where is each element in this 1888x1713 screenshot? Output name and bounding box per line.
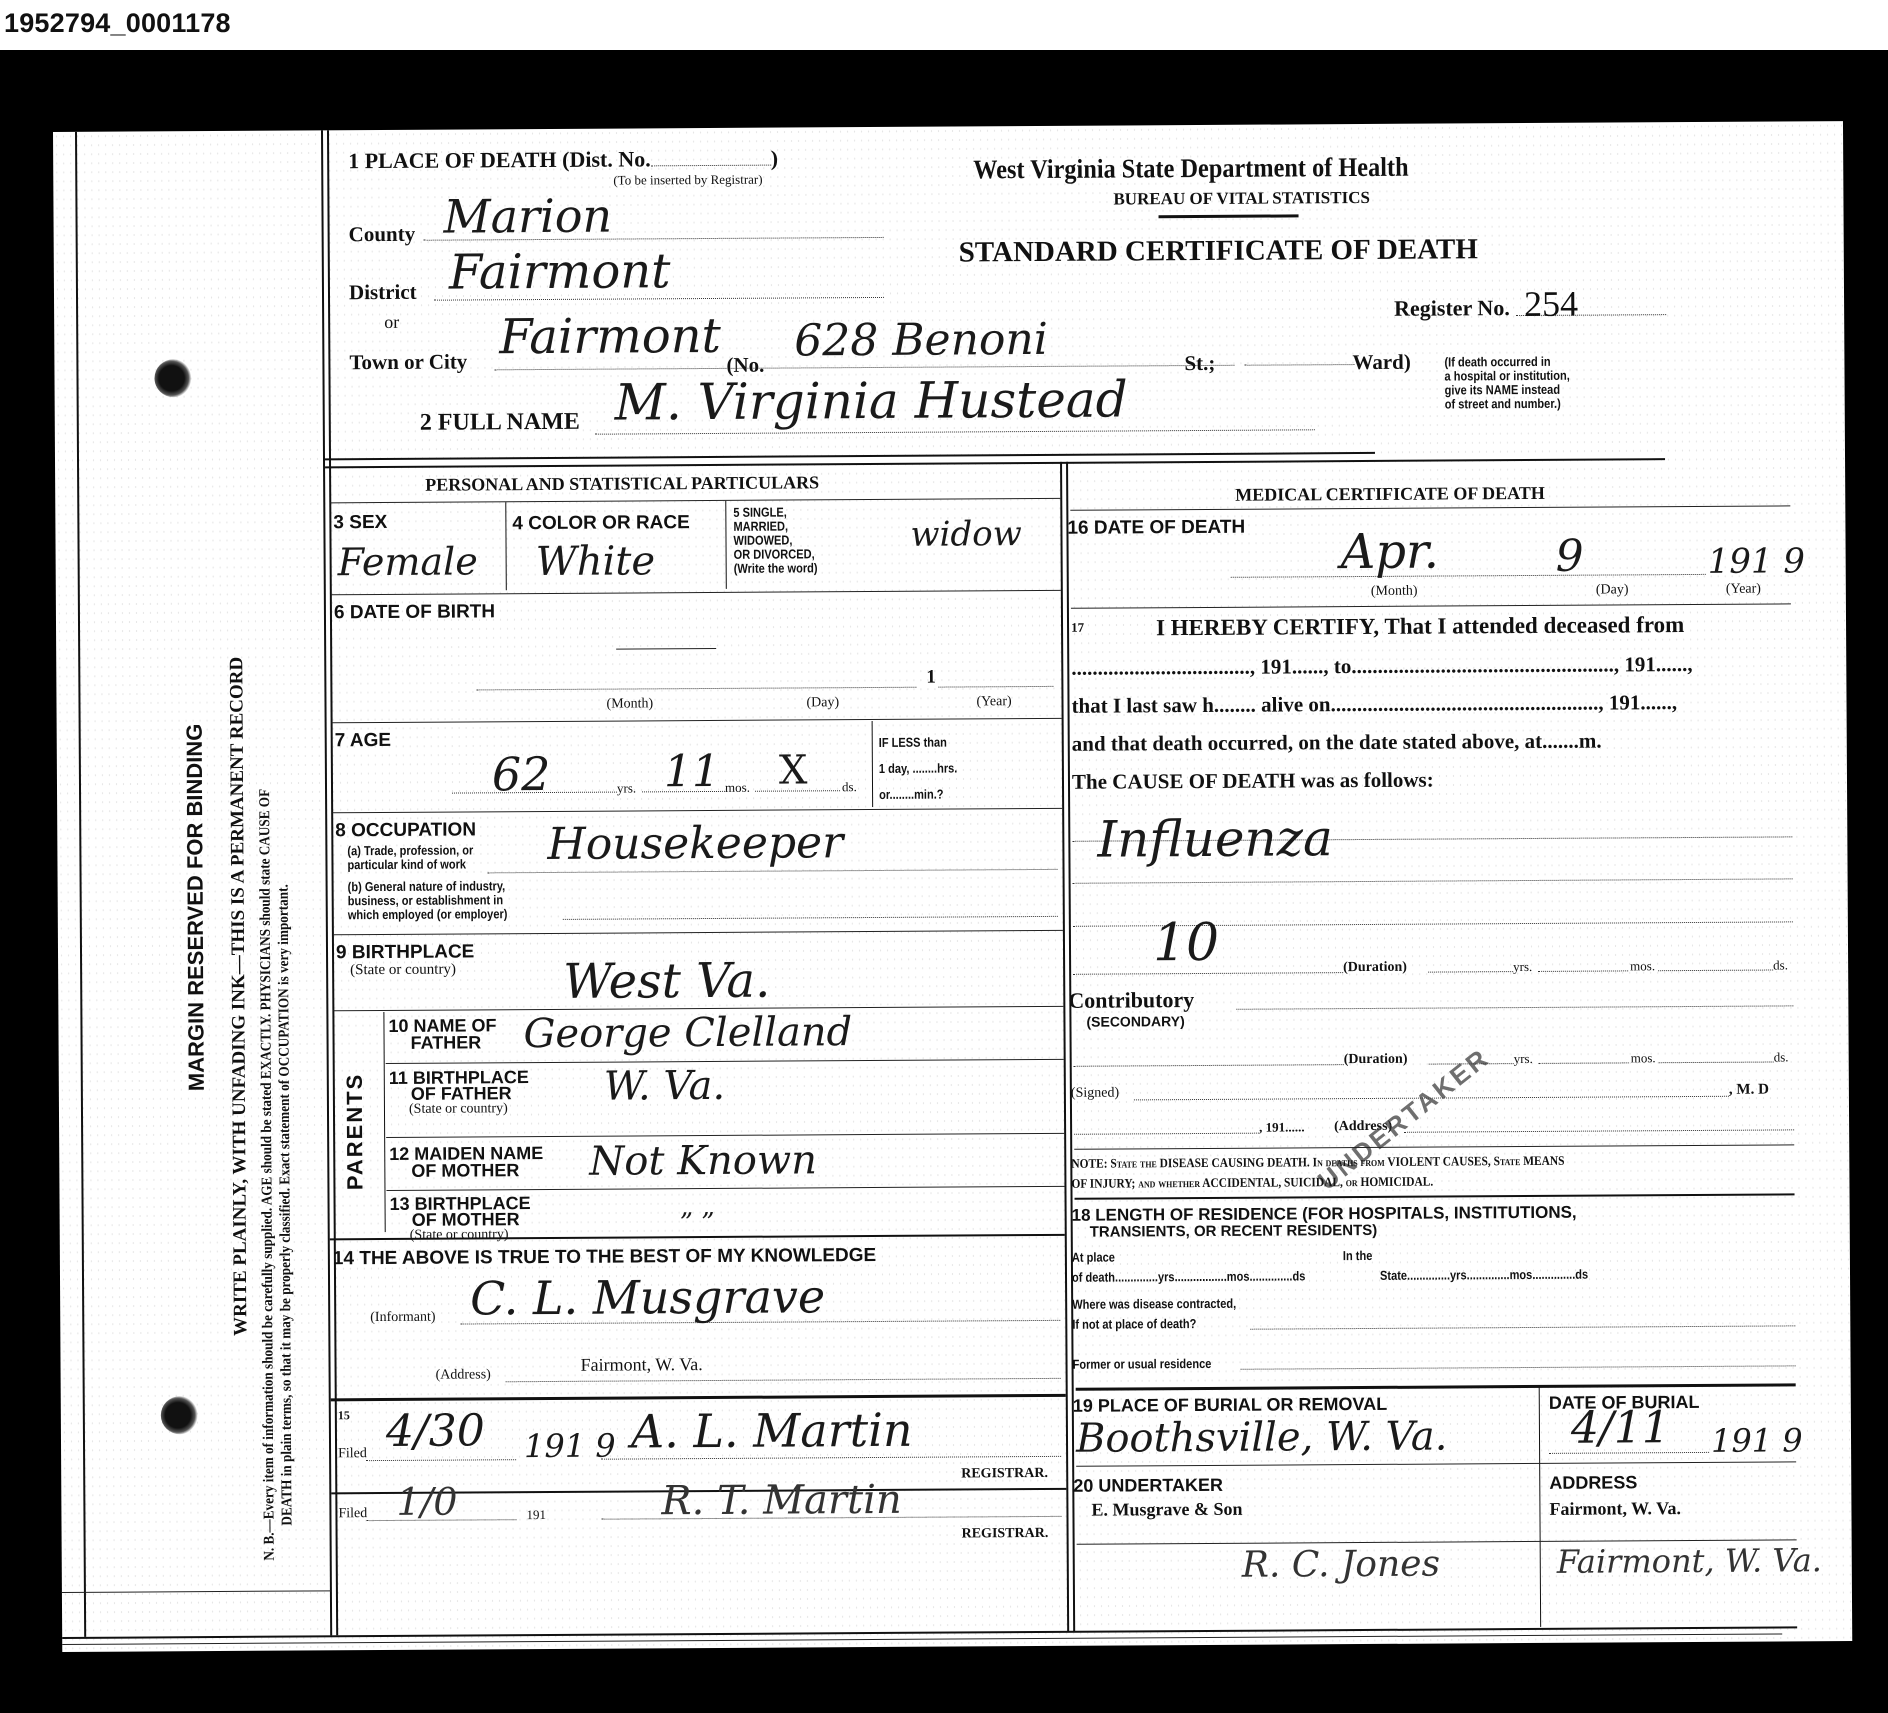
or-label: or [384, 312, 399, 333]
row-rule [331, 1394, 1066, 1401]
dob-label: 6 DATE OF BIRTH [334, 601, 495, 624]
signed-year: , 191...... [1259, 1119, 1305, 1135]
signed-address-field [1404, 1129, 1794, 1132]
death-certificate: MARGIN RESERVED FOR BINDING WRITE PLAINL… [53, 121, 1852, 1652]
full-name-value: M. Virginia Hustead [614, 370, 1127, 431]
duration-value: 10 [1153, 913, 1220, 973]
ward-label: Ward) [1352, 350, 1410, 375]
dod-label: 16 DATE OF DEATH [1067, 517, 1245, 540]
dod-year-caption: (Year) [1726, 582, 1761, 598]
row-rule [1071, 603, 1791, 608]
image-id: 1952794_0001178 [4, 8, 231, 39]
mother-value: Not Known [589, 1137, 817, 1184]
duration-label: (Duration) [1343, 960, 1407, 976]
margin-nb-line2: DEATH in plain terms, so that it may be … [276, 884, 297, 1525]
parents-label: PARENTS [342, 1073, 369, 1191]
filed-year-2: 191 [526, 1507, 546, 1523]
birthplace-value: West Va. [563, 953, 770, 1010]
dob-day-caption: (Day) [806, 695, 839, 711]
contrib-duration-field [1074, 1064, 1344, 1067]
signed-date-field [1074, 1133, 1259, 1135]
dod-year: 191 9 [1708, 541, 1806, 582]
md-label: , M. D [1729, 1082, 1769, 1099]
informant-address-label: (Address) [436, 1367, 491, 1383]
duration-ds: ds. [1773, 957, 1788, 973]
filed-date-field [366, 1459, 516, 1461]
row-rule [1076, 1461, 1796, 1466]
former-residence-field [1241, 1365, 1796, 1369]
in-the-label: In the [1343, 1249, 1373, 1263]
cause-value: Influenza [1097, 809, 1333, 868]
margin-binding-text: MARGIN RESERVED FOR BINDING [182, 724, 210, 1092]
parents-divider [383, 1012, 385, 1232]
undertaker-address-label: ADDRESS [1549, 1472, 1637, 1494]
former-residence-label: Former or usual residence [1073, 1357, 1212, 1372]
dob-year-prefix: 1 [926, 667, 936, 689]
dod-day: 9 [1555, 531, 1583, 582]
occupation-b-field [563, 916, 1058, 920]
dod-field [1231, 574, 1706, 578]
county-value: Marion [443, 189, 612, 244]
row-rule [1076, 1383, 1796, 1390]
row-rule [332, 718, 1062, 723]
margin-ink-notice: WRITE PLAINLY, WITH UNFADING INK—THIS IS… [226, 657, 252, 1336]
note-line1: NOTE: State the DISEASE CAUSING DEATH. I… [1071, 1153, 1564, 1172]
contributory-label: Contributory [1068, 987, 1194, 1014]
undertaker-2-value: R. C. Jones [1242, 1544, 1440, 1586]
occupation-a-label: (a) Trade, profession, or particular kin… [347, 843, 473, 872]
dob-year-field [938, 686, 1053, 688]
filed-number: 15 [338, 1408, 350, 1423]
contrib-mos: mos. [1631, 1050, 1656, 1066]
town-value: Fairmont [499, 308, 721, 365]
row-rule [333, 930, 1063, 935]
registrar-signature-2: R. T. Martin [661, 1477, 902, 1524]
town-label: Town or City [349, 349, 467, 375]
street-value: 628 Benoni [794, 314, 1048, 367]
district-label: District [349, 280, 417, 305]
medical-section-title: MEDICAL CERTIFICATE OF DEATH [1235, 483, 1545, 506]
ward-field [1244, 364, 1354, 366]
row-rule [1074, 1144, 1794, 1149]
contrib-yrs: yrs. [1514, 1051, 1533, 1067]
burial-year: 191 9 [1711, 1421, 1803, 1460]
father-birthplace-label: 11 BIRTHPLACE OF FATHER (State or countr… [389, 1069, 529, 1118]
bureau-title: BUREAU OF VITAL STATISTICS [1113, 188, 1370, 210]
occupation-label: 8 OCCUPATION [335, 819, 476, 842]
occupation-value: Housekeeper [547, 817, 843, 870]
undertaker-2-address: Fairmont, W. Va. [1557, 1541, 1822, 1581]
marital-label: 5 SINGLE, MARRIED, WIDOWED, OR DIVORCED,… [733, 505, 817, 576]
dob-year-caption: (Year) [976, 694, 1011, 710]
filed-label: Filed [338, 1446, 367, 1462]
burial-place-value: Boothsville, W. Va. [1076, 1414, 1448, 1462]
birthplace-sub: (State or country) [350, 962, 456, 980]
informant-address-value: Fairmont, W. Va. [580, 1354, 702, 1376]
race-value: White [535, 538, 655, 585]
informant-label: (Informant) [370, 1310, 435, 1326]
age-mos-label: mos. [725, 780, 750, 796]
full-name-label: 2 FULL NAME [420, 409, 580, 437]
contrib-ds-field [1659, 1062, 1774, 1064]
duration-mos: mos. [1630, 958, 1655, 974]
place-of-death-label: 1 PLACE OF DEATH (Dist. No.) [348, 146, 778, 175]
age-years-value: 62 [492, 747, 551, 801]
sex-label: 3 SEX [333, 512, 387, 534]
secondary-label: (SECONDARY) [1086, 1013, 1184, 1030]
page-bottom-edge [62, 1626, 1797, 1639]
where-contracted: Where was disease contracted, [1072, 1297, 1236, 1312]
duration-yrs-field [1428, 971, 1513, 973]
margin-border [75, 132, 86, 1637]
age-ds-label: ds. [842, 779, 857, 795]
father-value: George Clelland [523, 1009, 852, 1057]
duration-mos-field [1538, 970, 1628, 972]
binding-hole-icon [161, 1396, 199, 1434]
dob-dash [616, 648, 716, 650]
contrib-mos-field [1539, 1062, 1629, 1064]
undertaker-address-value: Fairmont, W. Va. [1549, 1498, 1681, 1520]
cell-divider [725, 501, 727, 589]
age-yrs-label: yrs. [617, 780, 636, 796]
occupation-b-label: (b) General nature of industry, business… [348, 879, 508, 922]
margin-divider [321, 130, 338, 1635]
title-bar: 1952794_0001178 [0, 0, 1888, 50]
sex-value: Female [337, 539, 477, 584]
margin-divider-line [62, 1590, 332, 1593]
contrib-duration-label: (Duration) [1344, 1052, 1408, 1068]
dob-month-caption: (Month) [606, 696, 653, 712]
attended-from-to: .................................., 191.… [1071, 651, 1791, 680]
filed-date-value: 4/30 [386, 1405, 485, 1457]
residence-heading2: TRANSIENTS, OR RECENT RESIDENTS) [1090, 1222, 1378, 1241]
row-rule [1075, 1193, 1795, 1199]
age-days-value: X [779, 747, 808, 793]
father-birthplace-value: W. Va. [604, 1063, 726, 1110]
cause-heading: The CAUSE OF DEATH was as follows: [1072, 768, 1434, 795]
cell-divider [505, 502, 507, 590]
row-rule [330, 498, 1060, 503]
state-row: State..............yrs..............mos.… [1380, 1268, 1588, 1283]
registrar-signature: A. L. Martin [631, 1403, 913, 1459]
hospital-note: (If death occurred in a hospital or inst… [1444, 355, 1570, 412]
age-months-value: 11 [664, 746, 720, 797]
if-not-label: If not at place of death? [1072, 1317, 1196, 1332]
dod-day-caption: (Day) [1596, 582, 1629, 598]
death-occurred: and that death occurred, on the date sta… [1072, 729, 1602, 757]
registrar-label: REGISTRAR. [961, 1466, 1048, 1483]
header-rule [1159, 214, 1299, 218]
filed-label-2: Filed [338, 1506, 367, 1522]
age-label: 7 AGE [335, 730, 391, 752]
of-death-row: of death..............yrs...............… [1072, 1269, 1305, 1284]
mother-label: 12 MAIDEN NAME OF MOTHER [389, 1145, 543, 1180]
department-title: West Virginia State Department of Health [973, 152, 1408, 186]
street-st-label: St.; [1184, 351, 1215, 376]
row-rule [331, 590, 1061, 595]
center-divider [1060, 462, 1075, 1632]
dod-month: Apr. [1340, 524, 1439, 581]
row-rule [332, 808, 1062, 813]
signed-label: (Signed) [1071, 1086, 1119, 1102]
if-not-field [1250, 1325, 1795, 1329]
undertaker-value: E. Musgrave & Son [1091, 1499, 1242, 1521]
undertaker-label: 20 UNDERTAKER [1073, 1475, 1223, 1497]
at-place-label: At place [1072, 1251, 1115, 1265]
section-rule [325, 452, 1375, 460]
duration-yrs: yrs. [1513, 959, 1532, 975]
race-label: 4 COLOR OR RACE [512, 512, 689, 535]
dob-month-day-field [476, 687, 916, 691]
informant-value: C. L. Musgrave [470, 1269, 825, 1325]
duration-ds-field [1658, 970, 1773, 972]
district-value: Fairmont [449, 243, 671, 300]
burial-date-value: 4/11 [1571, 1402, 1670, 1454]
certify-number: 17 [1071, 620, 1084, 636]
certify-text: I HEREBY CERTIFY, That I attended deceas… [1156, 612, 1684, 641]
cell-divider [872, 721, 874, 807]
register-label: Register No. [1394, 295, 1510, 322]
county-label: County [349, 222, 416, 247]
row-rule [386, 1186, 1064, 1191]
cause-line [1073, 878, 1793, 883]
mother-birthplace-value: ” ” [680, 1208, 715, 1238]
last-saw-alive: that I last saw h........ alive on......… [1071, 689, 1791, 718]
dod-month-caption: (Month) [1371, 584, 1418, 600]
contributory-field [1236, 1005, 1793, 1009]
father-label: 10 NAME OF FATHER [388, 1017, 496, 1052]
filed-date-value-2: 1/0 [396, 1480, 457, 1524]
cell-divider [1539, 1387, 1541, 1627]
certificate-title: STANDARD CERTIFICATE OF DEATH [959, 233, 1478, 269]
register-number: 254 [1524, 283, 1578, 325]
registrar-label-2: REGISTRAR. [962, 1526, 1049, 1543]
informant-address-field [506, 1378, 1061, 1382]
binding-hole-icon [154, 359, 192, 397]
section-rule [325, 458, 1665, 468]
note-line2: OF INJURY; and whether ACCIDENTAL, SUICI… [1071, 1174, 1433, 1192]
marital-value: widow [910, 514, 1022, 555]
less-than-note: IF LESS than 1 day, ........hrs. or.....… [879, 729, 958, 807]
registrar-note: (To be inserted by Registrar) [613, 172, 762, 189]
contrib-ds: ds. [1774, 1049, 1789, 1065]
informant-heading: 14 THE ABOVE IS TRUE TO THE BEST OF MY K… [333, 1245, 876, 1270]
row-rule [1070, 505, 1790, 510]
personal-section-title: PERSONAL AND STATISTICAL PARTICULARS [425, 472, 819, 495]
